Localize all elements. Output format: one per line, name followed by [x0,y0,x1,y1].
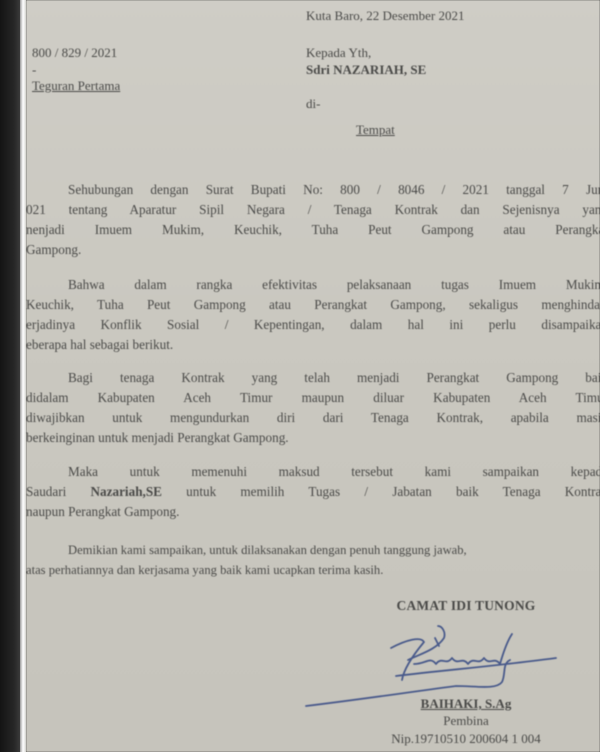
paragraph-line: atas perhatiannya dan kerjasama yang bai… [26,560,600,580]
signatory-title: CAMAT IDI TUNONG [346,598,586,614]
signatory-name: BAIHAKI, S.Ag [346,696,586,712]
paragraph-5: Demikian kami sampaikan, untuk dilaksana… [26,540,600,580]
paragraph-line: Bahwa dalam rangka efektivitas pelaksana… [26,275,600,295]
paragraph-line: Keuchik, Tuha Peut Gampong atau Perangka… [26,295,600,315]
signature-block: CAMAT IDI TUNONG BAIHAKI, S.Ag Pembina N… [346,598,586,614]
paragraph-line: Maka untuk memenuhi maksud tersebut kami… [26,462,600,482]
paragraph-3: Bagi tenaga Kontrak yang telah menjadi P… [26,368,600,448]
paragraph-line: erjadinya Konflik Sosial / Kepentingan, … [26,315,600,335]
paragraph-line: Demikian kami sampaikan, untuk dilaksana… [26,540,600,560]
photo-dark-border [0,0,20,752]
recipient-place: Tempat [356,122,395,138]
paragraph-line: Bagi tenaga Kontrak yang telah menjadi P… [26,368,600,388]
recipient-name: Sdri NAZARIAH, SE [306,62,426,78]
letter-page: Kuta Baro, 22 Desember 2021 800 / 829 / … [26,0,600,752]
paragraph-line: berkeinginan untuk menjadi Perangkat Gam… [26,428,600,448]
signatory-rank: Pembina [346,713,586,729]
paragraph-4: Maka untuk memenuhi maksud tersebut kami… [26,462,600,522]
paragraph-2: Bahwa dalam rangka efektivitas pelaksana… [26,275,600,355]
recipient-di: di- [306,96,320,112]
paragraph-line: eberapa hal sebagai berikut. [26,335,600,355]
number-dash: - [32,62,36,78]
letter-number: 800 / 829 / 2021 [32,45,117,61]
paragraph-line: Sehubungan dengan Surat Bupati No: 800 /… [26,180,600,200]
paragraph-line: 021 tentang Aparatur Sipil Negara / Tena… [26,200,600,220]
paragraph-line: naupun Perangkat Gampong. [26,502,600,522]
paragraph-line: Gampong. [26,240,600,260]
place-date: Kuta Baro, 22 Desember 2021 [306,8,465,24]
paragraph-line: diwajibkan untuk mengundurkan diri dari … [26,408,600,428]
addressee-name-emphasis: Nazariah,SE [91,484,162,499]
paragraph-line: nenjadi Imuem Mukim, Keuchik, Tuha Peut … [26,220,600,240]
signatory-nip: Nip.19710510 200604 1 004 [346,731,586,747]
handwritten-signature-icon [296,620,596,700]
recipient-salutation: Kepada Yth, [306,45,371,61]
paragraph-1: Sehubungan dengan Surat Bupati No: 800 /… [26,180,600,260]
letter-subject: Teguran Pertama [32,78,120,94]
paragraph-line: didalam Kabupaten Aceh Timur maupun dilu… [26,388,600,408]
paragraph-line: Saudari Nazariah,SE untuk memilih Tugas … [26,482,600,502]
